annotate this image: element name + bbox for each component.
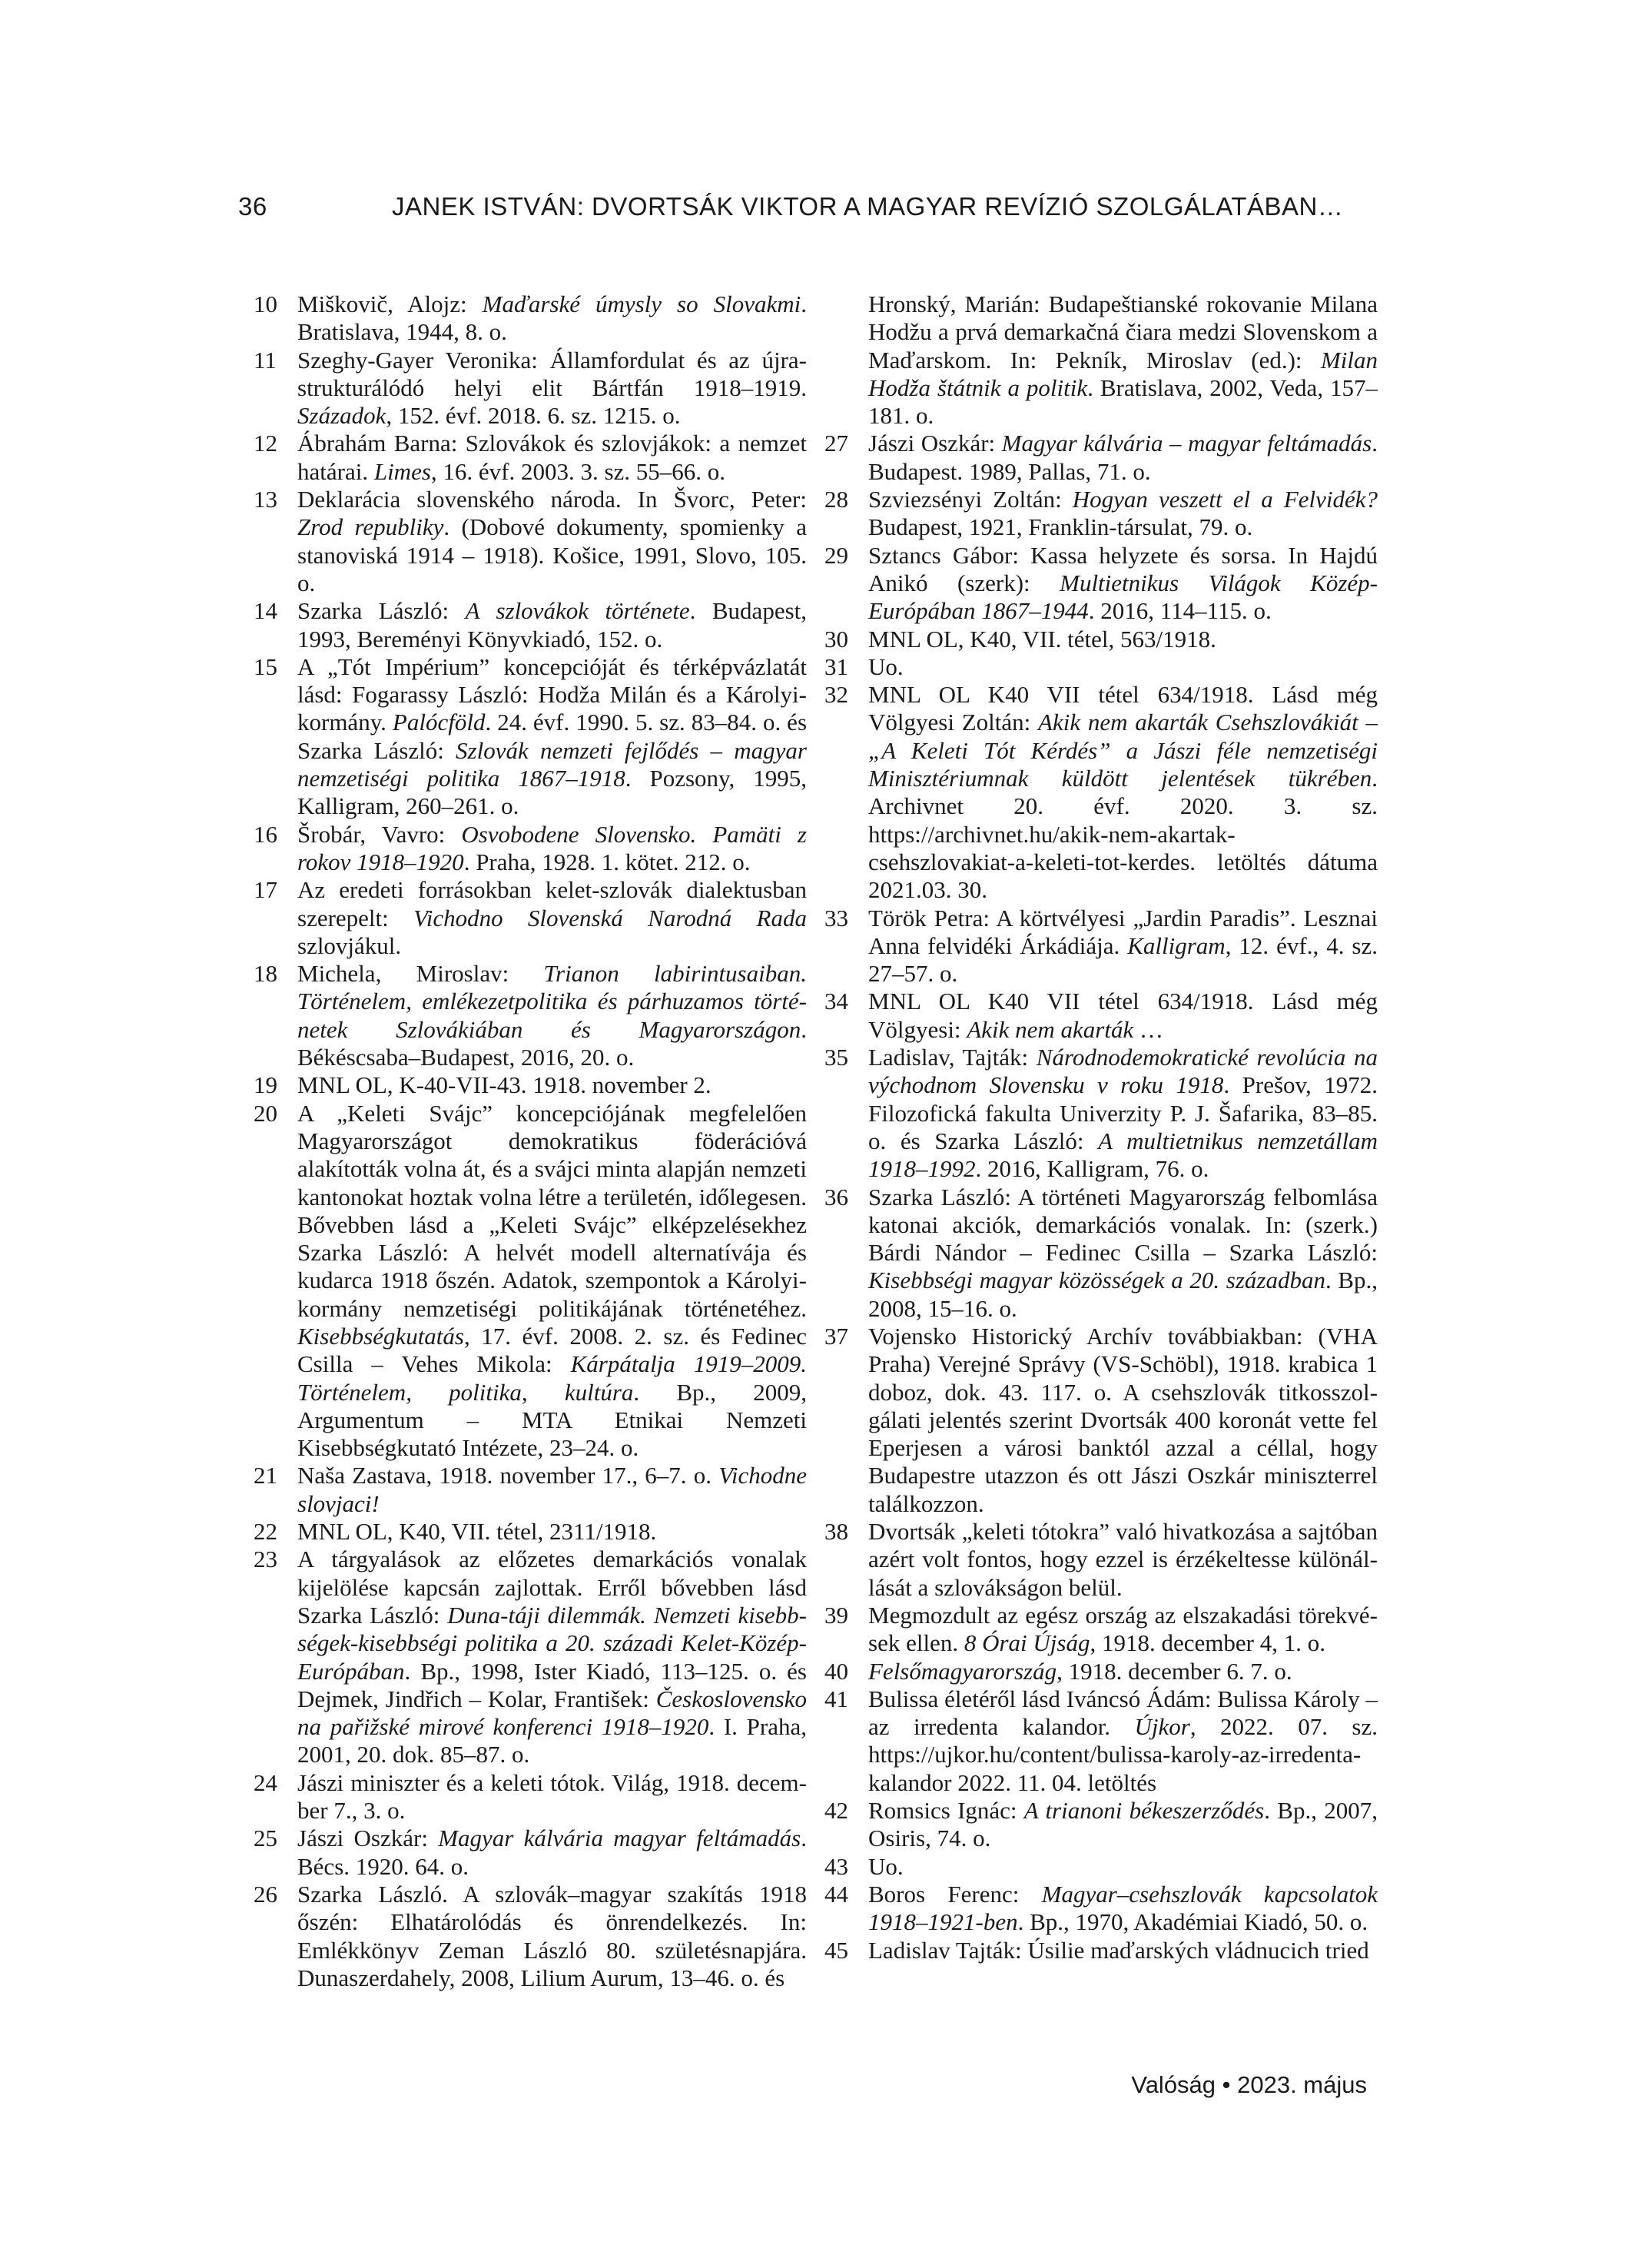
footnote-number: 26 [254,1881,292,1908]
footnote-text: Szarka László: A történeti Magyarország … [868,1184,1378,1267]
footnote-text: , 152. évf. 2018. 6. sz. 1215. o. [386,402,680,429]
footnote-text: Szviezsényi Zoltán: [868,486,1073,513]
footnote-text: MNL OL, K40, VII. tétel, 563/1918. [868,626,1216,653]
footnote-text: Uo. [868,653,904,680]
footnotes-right-column: Hronský, Marián: Budapeštianské rokovani… [824,291,1378,1964]
footnote: 26Szarka László. A szlovák–magyar szakít… [254,1881,807,1992]
footnote-title-italic: Magyar kálvária magyar feltámadás [438,1825,801,1851]
footnote: 40Felsőmagyarország, 1918. december 6. 7… [824,1658,1378,1685]
footnote: 17Az eredeti forrásokban kelet-szlovák d… [254,876,807,960]
footnote: 12Ábrahám Barna: Szlovákok és szlovjákok… [254,430,807,486]
footnote-title-italic: Hogyan veszett el a Felvidék? [1073,486,1378,513]
footnote-number: 45 [824,1937,863,1964]
footnote-number: 10 [254,291,292,318]
footnote: 32MNL OL K40 VII tétel 634/1918. Lásd mé… [824,681,1378,904]
footnote-text: Szarka László: [297,597,466,624]
footnote-text: Jászi miniszter és a keleti tótok. Világ… [297,1769,807,1824]
footnote-title-italic: Kalligram [1127,932,1225,959]
footnote-number: 30 [824,626,863,653]
page-number: 36 [238,192,267,221]
footnote: 36Szarka László: A történeti Magyarorszá… [824,1184,1378,1323]
footnote-number: 17 [254,876,292,904]
footnote-number: 18 [254,960,292,988]
journal-issue: Valóság • 2023. május [1131,2071,1367,2098]
footnote-text: MNL OL, K40, VII. tétel, 2311/1918. [297,1518,656,1545]
footnote-text: Szarka László. A szlovák–magyar szakítás… [297,1881,807,1991]
footnote: 35Ladislav, Tajták: Národnodemokratické … [824,1044,1378,1183]
footnote-number: 24 [254,1769,292,1797]
footnote-text: Jászi Oszkár: [297,1825,438,1851]
footnote-number: 32 [824,681,863,709]
footnote-text: Naša Zastava, 1918. november 17., 6–7. o… [297,1462,718,1489]
footnote-text: A „Keleti Svájc” koncepciójának megfelel… [297,1100,807,1322]
footnote-text: Michela, Miroslav: [297,960,544,987]
footnote-number: 33 [824,905,863,932]
footnote-number: 31 [824,653,863,681]
footnote-number: 15 [254,653,292,681]
footnote: 13Deklarácia slovenského národa. In Švor… [254,486,807,597]
footnote-text: Jászi Oszkár: [868,430,1002,457]
footnote-text: . Praha, 1928. 1. kötet. 212. o. [464,848,751,875]
footnote-title-italic: Újkor [1135,1713,1190,1740]
footnote-title-italic: Vichodno Slovenská Narodná Rada [413,905,807,931]
footnote-text: Miškovič, Alojz: [297,291,483,317]
footnote-title-italic: Maďarské úmysly so Slovakmi [483,291,801,317]
footnote: 30MNL OL, K40, VII. tétel, 563/1918. [824,626,1378,653]
footnote: 14Szarka László: A szlovákok története. … [254,597,807,653]
footnote-number: 34 [824,988,863,1015]
footnote-number: 39 [824,1602,863,1629]
footnote-title-italic: Századok [297,402,386,429]
footnote-text: , 16. évf. 2003. 3. sz. 55–66. o. [431,458,725,485]
footnote: Hronský, Marián: Budapeštianské rokovani… [824,291,1378,430]
footnote-title-italic: Zrod republiky [297,513,443,540]
footnote-text: Romsics Ignác: [868,1797,1024,1824]
footnote-number: 43 [824,1853,863,1881]
footnote-text: Dvortsák „keleti tótokra” való hivatkozá… [868,1518,1378,1601]
footnote-text: Uo. [868,1853,904,1880]
page-footer: Valóság • 2023. május [1131,2071,1367,2099]
running-header: 36 JANEK ISTVÁN: DVORTSÁK VIKTOR A MAGYA… [231,184,1368,231]
footnote-number: 42 [824,1797,863,1825]
footnote-number: 29 [824,542,863,569]
footnote-title-italic: Felsőmagyarország [868,1658,1056,1685]
footnote-number: 44 [824,1881,863,1908]
footnote-text: szlovjákul. [297,932,401,959]
footnote: 39Megmozdult az egész ország az elszakad… [824,1602,1378,1658]
footnote: 21Naša Zastava, 1918. november 17., 6–7.… [254,1462,807,1518]
footnote: 10Miškovič, Alojz: Maďarské úmysly so Sl… [254,291,807,347]
footnotes-left-column: 10Miškovič, Alojz: Maďarské úmysly so Sl… [254,291,807,1992]
footnote-number: 16 [254,821,292,848]
footnote-number: 13 [254,486,292,513]
footnote: 31Uo. [824,653,1378,681]
footnote-text: Vojensko Historický Archív továbbiakban:… [868,1323,1378,1517]
footnote-title-italic: Magyar kálvária – magyar feltámadás [1002,430,1372,457]
footnote: 23A tárgyalások az előzetes demarkációs … [254,1546,807,1768]
footnote: 22MNL OL, K40, VII. tétel, 2311/1918. [254,1518,807,1546]
footnote-text: Szeghy-Gayer Veronika: Államfordulat és … [297,347,807,401]
footnote-number: 38 [824,1518,863,1546]
footnote-text: Deklarácia slovenského národa. In Švorc,… [297,486,807,513]
footnote-number: 12 [254,430,292,457]
footnote-number: 20 [254,1100,292,1127]
footnote-title-italic: Kisebbségkutatás [297,1323,464,1350]
footnote-number: 11 [254,347,292,374]
footnote-number: 41 [824,1685,863,1713]
footnote: 16Šrobár, Vavro: Osvobodene Slovensko. P… [254,821,807,877]
footnote: 11Szeghy-Gayer Veronika: Államfordulat é… [254,347,807,430]
footnote-number: 21 [254,1462,292,1489]
footnote-number: 19 [254,1071,292,1099]
footnote-text: Boros Ferenc: [868,1881,1042,1908]
footnote-text: Šrobár, Vavro: [297,821,461,848]
footnote: 25Jászi Oszkár: Magyar kálvária magyar f… [254,1825,807,1881]
footnote: 33Török Petra: A körtvélyesi „Jardin Par… [824,905,1378,988]
footnote: 37Vojensko Historický Archív továbbiakba… [824,1323,1378,1518]
footnote-text: . 2016, 114–115. o. [1089,597,1272,624]
footnote-title-italic: Limes [374,458,431,485]
footnote-number: 23 [254,1546,292,1573]
footnote: 43Uo. [824,1853,1378,1881]
footnote-text: . 2016, Kalligram, 76. o. [976,1155,1209,1182]
footnote-title-italic: A trianoni békeszerződés [1024,1797,1264,1824]
footnote: 19MNL OL, K-40-VII-43. 1918. november 2. [254,1071,807,1099]
footnote-title-italic: 8 Órai Újság [964,1629,1090,1656]
footnote: 42Romsics Ignác: A trianoni békeszerződé… [824,1797,1378,1853]
footnote-number: 36 [824,1184,863,1211]
footnote-title-italic: A szlovákok története [466,597,690,624]
footnote-text: … [1133,1016,1163,1043]
footnote-text: , 1918. december 4, 1. o. [1090,1629,1325,1656]
footnote-text: , 1918. december 6. 7. o. [1056,1658,1292,1685]
footnote-number: 22 [254,1518,292,1546]
footnote: 38Dvortsák „keleti tótokra” való hivatko… [824,1518,1378,1602]
footnote-text: Hronský, Marián: Budapeštianské rokovani… [868,291,1378,374]
footnote-number: 14 [254,597,292,625]
footnote: 27Jászi Oszkár: Magyar kálvária – magyar… [824,430,1378,486]
footnote-number: 25 [254,1825,292,1852]
footnote-text: . Bp., 1970, Akadémiai Kiadó, 50. o. [1018,1908,1368,1935]
footnote: 29Sztancs Gábor: Kassa helyzete és sorsa… [824,542,1378,626]
footnote: 20A „Keleti Svájc” koncepciójának megfel… [254,1100,807,1463]
footnote-title-italic: Akik nem akarták [967,1016,1133,1043]
footnote: 18Michela, Miroslav: Trianon labirintusa… [254,960,807,1071]
footnote: 34MNL OL K40 VII tétel 634/1918. Lásd mé… [824,988,1378,1044]
footnote-title-italic: Kisebbségi magyar közösségek a 20. száza… [868,1267,1325,1293]
footnote: 41Bulissa életéről lásd Iváncsó Ádám: Bu… [824,1685,1378,1797]
footnote-text: MNL OL, K-40-VII-43. 1918. november 2. [297,1071,712,1098]
footnote-text: Ladislav Tajták: Úsilie maďarských vládn… [868,1937,1369,1964]
footnote-title-italic: Palócföld [393,709,486,736]
footnote-number: 35 [824,1044,863,1071]
footnote-text: Budapest, 1921, Franklin-társulat, 79. o… [868,513,1252,540]
footnote: 24Jászi miniszter és a keleti tótok. Vil… [254,1769,807,1825]
footnote-number: 27 [824,430,863,457]
footnote-number: 37 [824,1323,863,1350]
footnote-number: 28 [824,486,863,513]
footnote: 45Ladislav Tajták: Úsilie maďarských vlá… [824,1937,1378,1964]
footnote-number: 40 [824,1658,863,1685]
footnote: 44Boros Ferenc: Magyar–csehszlovák kapcs… [824,1881,1378,1937]
footnote-text: Ladislav, Tajták: [868,1044,1037,1071]
running-title: JANEK ISTVÁN: DVORTSÁK VIKTOR A MAGYAR R… [392,192,1343,221]
footnote: 15A „Tót Impérium” koncepcióját és térké… [254,653,807,821]
footnote: 28Szviezsényi Zoltán: Hogyan veszett el … [824,486,1378,542]
